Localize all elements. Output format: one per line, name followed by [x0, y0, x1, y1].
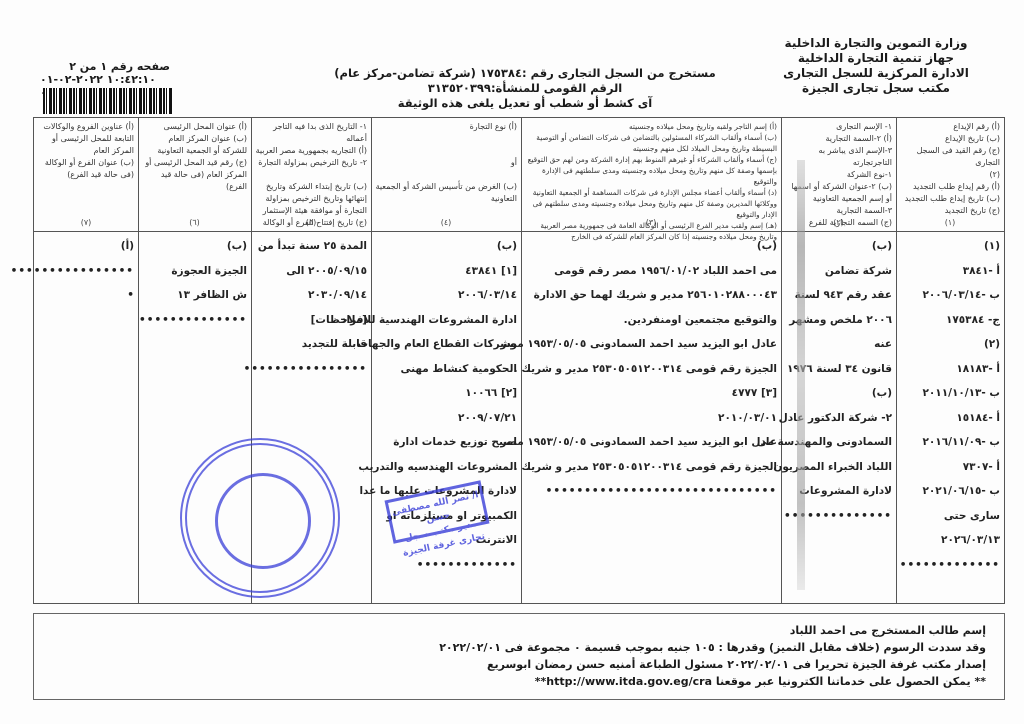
page-number: صفحه رقم ١ من ٢: [40, 60, 170, 73]
title-line: آى كشط أو شطب أو تعديل يلغى هذه الوثيقة: [330, 96, 720, 111]
document-title: مستخرج من السجل التجارى رقم :١٧٥٣٨٤ (شرك…: [330, 66, 720, 111]
data-col-6: (ب) الجيزة العجوزة ش الظافر ١٣ •••••••••…: [138, 234, 251, 332]
cell-text: ٢٠٠٥/٠٩/١٥ الى: [255, 259, 367, 284]
header-row-divider: [34, 231, 1004, 232]
cell-text: ٢٠١٠/٠٣/٠١: [525, 406, 777, 431]
cell-text: ب -٢٠٢١/٠٦/١٥: [900, 479, 1000, 504]
register-table: (أ) رقم الإيداع (ب) تاريخ الإيداع (ج) رق…: [33, 117, 1005, 604]
cell-text: (ب): [142, 234, 247, 259]
cell-text: ش الظافر ١٣: [142, 283, 247, 308]
cell-text: ٢٥٦٠١٠٢٨٨٠٠٠٤٣ مدير و شريك لهما حق الادا…: [525, 283, 777, 308]
header-col-4: (أ) نوع التجارة أو (ب) الغرض من تأسيس ال…: [371, 118, 521, 218]
cell-text: (٢): [900, 332, 1000, 357]
column-number: (٥): [251, 218, 371, 227]
cell-text: (ب): [375, 234, 517, 259]
header-col-6: (أ) عنوان المحل الرئيسى (ب) عنوان المركز…: [138, 118, 251, 218]
cell-dots: •••••••••••••: [900, 553, 1000, 578]
cell-dots: ••••••••••••••: [142, 308, 247, 333]
cell-text: المشروعات الهندسيه والتدريب: [375, 455, 517, 480]
title-line: مستخرج من السجل التجارى رقم :١٧٥٣٨٤ (شرك…: [330, 66, 720, 81]
cell-text: ج- ١٧٥٣٨٤: [900, 308, 1000, 333]
cell-text: [٢] ١٠٠٦٦: [375, 381, 517, 406]
cell-text: [ملاحظات]: [255, 308, 367, 333]
cell-text: المدة ٢٥ سنة تبدأ من: [255, 234, 367, 259]
cell-dots: •••••••••••••: [375, 553, 517, 578]
title-line: الرقم القومى للمنشأة:٣١٣٥٢٠٣٩٩: [330, 81, 720, 96]
cell-text: عادل ابو اليزيد سيد احمد السمادونى ١٩٥٣/…: [525, 332, 777, 357]
cell-text: [٣] ٤٧٧٧: [525, 381, 777, 406]
cell-text: ٢٠٠٩/٠٧/٢١: [375, 406, 517, 431]
header-col-3: (أ) إسم التاجر ولقبه وتاريخ ومحل ميلاده …: [521, 118, 781, 218]
footer-text: إسم طالب المستخرج مى احمد اللباد وقد سدد…: [439, 622, 986, 690]
cell-text: أ -٧٣٠٧: [900, 455, 1000, 480]
column-number: (٧): [34, 218, 138, 227]
header-col-1: (أ) رقم الإيداع (ب) تاريخ الإيداع (ج) رق…: [896, 118, 1004, 218]
ministry-line: مكتب سجل تجارى الجيزة: [756, 81, 996, 96]
cell-text: سارى حتى: [900, 504, 1000, 529]
data-col-3: (ب) مى احمد اللباد ١٩٥٦/٠١/٠٢ مصر رقم قو…: [521, 234, 781, 504]
issued-by-line: إصدار مكتب غرفة الجيزة تحريرا فى ٢٠٢٢/٠٢…: [439, 656, 986, 673]
cell-text: (ب): [525, 234, 777, 259]
cell-text: ٢٠٢٦/٠٣/١٣: [900, 528, 1000, 553]
cell-text: ب -٢٠٠٦/٠٣/١٤: [900, 283, 1000, 308]
cell-dots: ••••••••••••••••••••••••••••••: [525, 479, 777, 504]
fees-line: وقد سددت الرسوم (خلاف مقابل التميز) وقدر…: [439, 639, 986, 656]
cell-text: ب -٢٠١١/١٠/١٣: [900, 381, 1000, 406]
cell-text: ٢٠٣٠/٠٩/١٤: [255, 283, 367, 308]
ministry-line: جهاز تنمية التجارة الداخلية: [756, 51, 996, 66]
requester-name: إسم طالب المستخرج مى احمد اللباد: [439, 622, 986, 639]
eagle-emblem-icon: [215, 473, 311, 569]
cell-dots: ••••••••••••••••: [255, 357, 367, 382]
cell-dots: •: [38, 283, 134, 308]
cell-text: [١] ٤٣٨٤١: [375, 259, 517, 284]
column-number: (١): [896, 218, 1004, 227]
cell-text: قابلة للتجديد: [255, 332, 367, 357]
column-number: (٦): [138, 218, 251, 227]
cell-text: اصبح توزيع خدمات ادارة: [375, 430, 517, 455]
cell-text: ب -٢٠١٦/١١/٠٩: [900, 430, 1000, 455]
data-col-7: (أ) •••••••••••••••• •: [34, 234, 138, 308]
column-number: (٤): [371, 218, 521, 227]
cell-dots: ••••••••••••••••: [38, 259, 134, 284]
cell-text: مى احمد اللباد ١٩٥٦/٠١/٠٢ مصر رقم قومى: [525, 259, 777, 284]
ministry-line: وزارة التموين والتجارة الداخلية: [756, 36, 996, 51]
cell-text: أ -١٨١٨٣: [900, 357, 1000, 382]
official-seal-stamp: [180, 438, 340, 598]
cell-text: أ -١٥١٨٤: [900, 406, 1000, 431]
cell-text: (١): [900, 234, 1000, 259]
header-col-5: ١- التاريخ الذى بدا فيه التاجر أعماله (أ…: [251, 118, 371, 218]
column-number: (٣): [521, 218, 781, 227]
cell-text: ادارة المشروعات الهندسية للافراد: [375, 308, 517, 333]
data-col-5: المدة ٢٥ سنة تبدأ من ٢٠٠٥/٠٩/١٥ الى ٢٠٣٠…: [251, 234, 371, 381]
ministry-line: الادارة المركزية للسجل التجارى: [756, 66, 996, 81]
cell-text: والتوقيع مجتمعين اومنفردين.: [525, 308, 777, 333]
cell-text: الحكومية كنشاط مهنى: [375, 357, 517, 382]
cell-text: عادل ابو اليزيد سيد احمد السمادونى ١٩٥٣/…: [525, 430, 777, 455]
scan-smudge: [797, 160, 805, 590]
cell-text: الجيزة رقم قومى ٢٥٣٠٥٠٥١٢٠٠٣١٤ مدير و شر…: [525, 357, 777, 382]
footer-box: إسم طالب المستخرج مى احمد اللباد وقد سدد…: [33, 613, 1005, 700]
cell-text: وشركات القطاع العام والجهات: [375, 332, 517, 357]
website-line: ** يمكن الحصول على خدماتنا الكترونيا عبر…: [439, 673, 986, 690]
cell-text: ٢٠٠٦/٠٣/١٤: [375, 283, 517, 308]
data-col-1: (١) أ -٣٨٤١ ب -٢٠٠٦/٠٣/١٤ ج- ١٧٥٣٨٤ (٢) …: [896, 234, 1004, 577]
cell-text: أ -٣٨٤١: [900, 259, 1000, 284]
ministry-header: وزارة التموين والتجارة الداخلية جهاز تنم…: [756, 36, 996, 96]
header-col-7: (أ) عناوين الفروع والوكالات التابعة للمح…: [34, 118, 138, 218]
barcode: [43, 88, 173, 114]
cell-text: (أ): [38, 234, 134, 259]
cell-text: الجيزة رقم قومى ٢٥٣٠٥٠٥١٢٠٠٣١٤ مدير و شر…: [525, 455, 777, 480]
cell-text: الجيزة العجوزة: [142, 259, 247, 284]
